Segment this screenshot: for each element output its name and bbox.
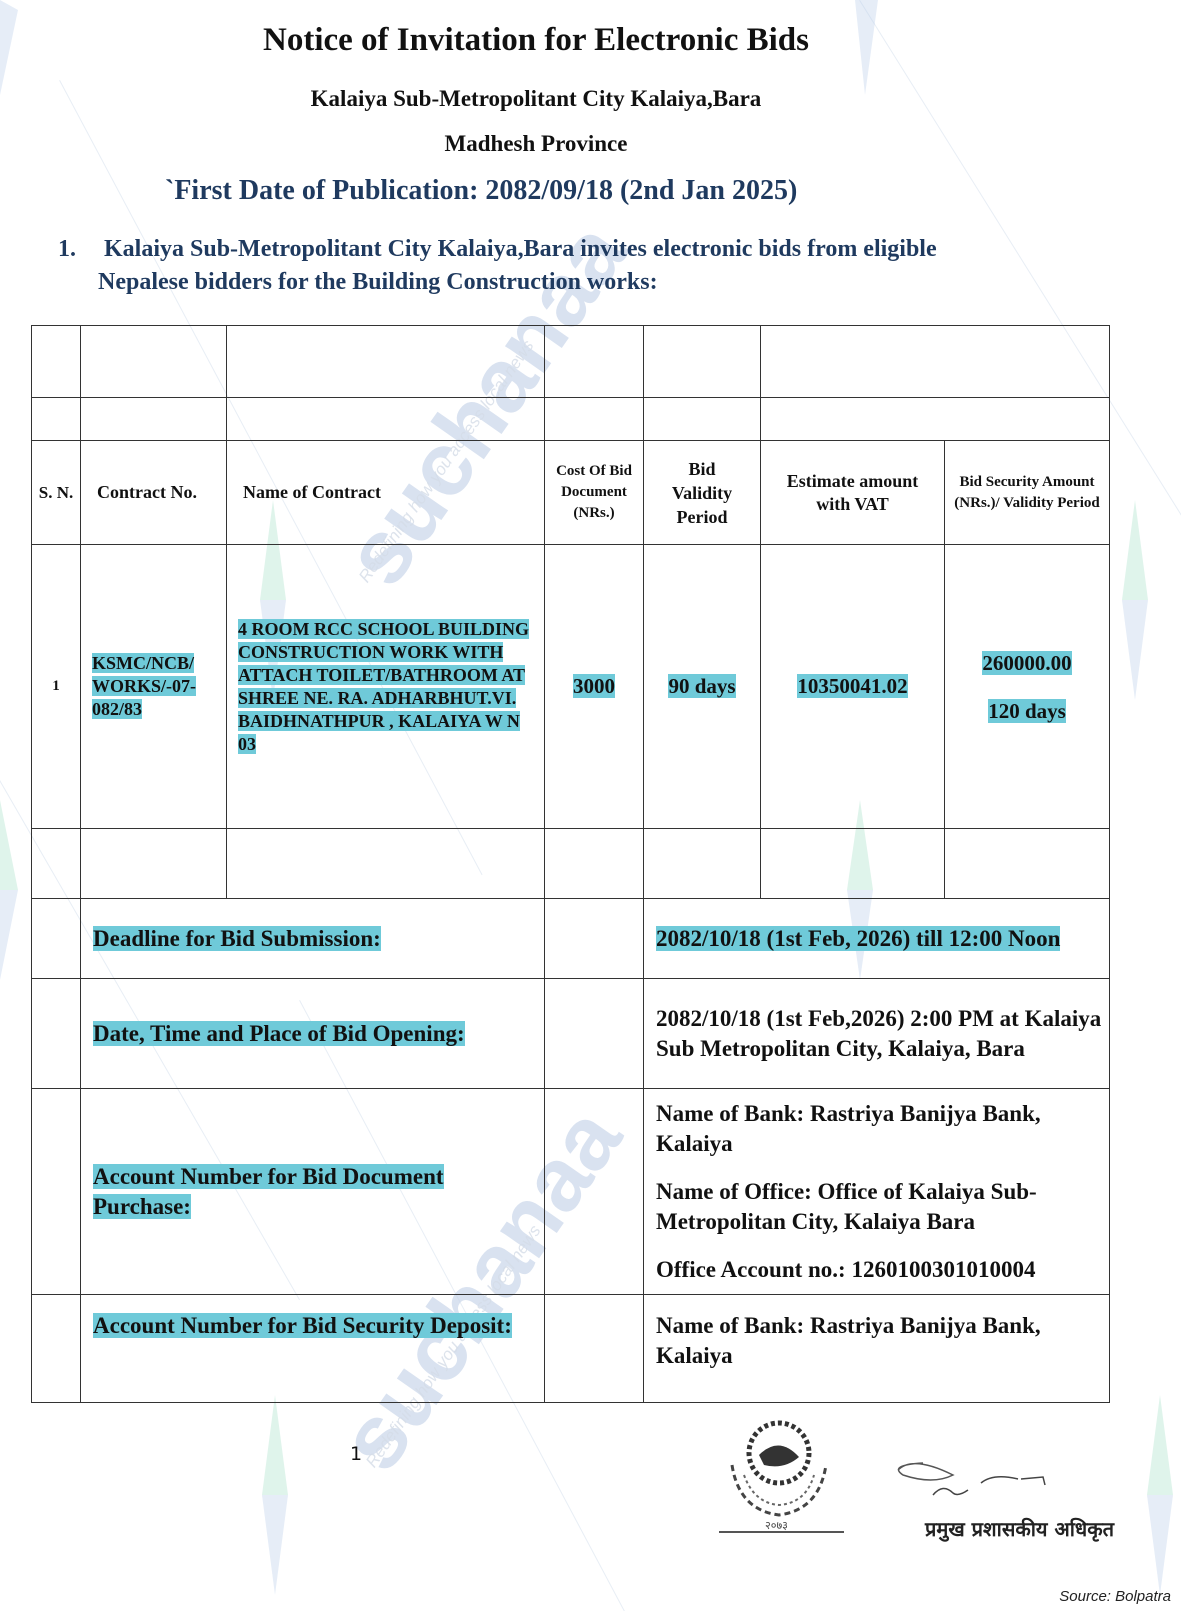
empty-row bbox=[32, 398, 1110, 441]
cell-estimate: 10350041.02 bbox=[797, 674, 907, 698]
official-seal-icon bbox=[714, 1415, 849, 1535]
col-header-doc-cost: Cost Of Bid Document (NRs.) bbox=[545, 441, 644, 545]
cell-security-amount: 260000.00 bbox=[982, 651, 1071, 675]
purchase-office: Name of Office: Office of Kalaiya Sub-Me… bbox=[656, 1177, 1109, 1237]
purchase-account: Office Account no.: 1260100301010004 bbox=[656, 1255, 1109, 1285]
opening-label: Date, Time and Place of Bid Opening: bbox=[93, 1021, 465, 1046]
col-header-contract-no: Contract No. bbox=[81, 441, 227, 545]
col-header-contract-name: Name of Contract bbox=[227, 441, 545, 545]
signatory-title: प्रमुख प्रशासकीय अधिकृत bbox=[925, 1515, 1114, 1542]
purchase-row: Account Number for Bid Document Purchase… bbox=[32, 1089, 1110, 1295]
intro-number: 1. bbox=[58, 232, 76, 266]
empty-row bbox=[32, 829, 1110, 899]
intro-line-1: Kalaiya Sub-Metropolitant City Kalaiya,B… bbox=[104, 232, 937, 266]
cell-validity: 90 days bbox=[668, 674, 735, 698]
arrow-decoration-icon bbox=[0, 800, 20, 980]
deadline-value: 2082/10/18 (1st Feb, 2026) till 12:00 No… bbox=[656, 926, 1060, 951]
purchase-label: Account Number for Bid Document Purchase… bbox=[93, 1164, 444, 1219]
col-header-validity: Bid Validity Period bbox=[644, 441, 761, 545]
table-header-row: S. N. Contract No. Name of Contract Cost… bbox=[32, 441, 1110, 545]
issuer-name: Kalaiya Sub-Metropolitant City Kalaiya,B… bbox=[0, 86, 1072, 112]
seal-year: २०७३ bbox=[765, 1518, 788, 1533]
document-title: Notice of Invitation for Electronic Bids bbox=[0, 22, 1072, 59]
purchase-bank: Name of Bank: Rastriya Banijya Bank, Kal… bbox=[656, 1099, 1109, 1159]
security-label: Account Number for Bid Security Deposit: bbox=[93, 1313, 512, 1338]
arrow-decoration-icon bbox=[1120, 500, 1150, 700]
opening-value: 2082/10/18 (1st Feb,2026) 2:00 PM at Kal… bbox=[644, 979, 1110, 1089]
arrow-decoration-icon bbox=[260, 1395, 290, 1595]
cell-contract-no: KSMC/NCB/ WORKS/-07-082/83 bbox=[92, 653, 196, 719]
intro-line-2: Nepalese bidders for the Building Constr… bbox=[98, 265, 658, 299]
cell-sn: 1 bbox=[32, 545, 81, 829]
cell-security-validity: 120 days bbox=[988, 699, 1066, 723]
cell-contract-name: 4 ROOM RCC SCHOOL BUILDING CONSTRUCTION … bbox=[238, 619, 529, 754]
empty-row bbox=[32, 326, 1110, 398]
deadline-label: Deadline for Bid Submission: bbox=[93, 926, 381, 951]
bids-table: S. N. Contract No. Name of Contract Cost… bbox=[31, 325, 1110, 1403]
security-row: Account Number for Bid Security Deposit:… bbox=[32, 1295, 1110, 1403]
publication-date: `First Date of Publication: 2082/09/18 (… bbox=[165, 175, 797, 207]
col-header-estimate: Estimate amount with VAT bbox=[761, 441, 945, 545]
table-row: 1 KSMC/NCB/ WORKS/-07-082/83 4 ROOM RCC … bbox=[32, 545, 1110, 829]
col-header-security: Bid Security Amount (NRs.)/ Validity Per… bbox=[945, 441, 1110, 545]
opening-row: Date, Time and Place of Bid Opening: 208… bbox=[32, 979, 1110, 1089]
province-name: Madhesh Province bbox=[0, 131, 1072, 157]
cell-doc-cost: 3000 bbox=[573, 674, 615, 698]
col-header-sn: S. N. bbox=[32, 441, 81, 545]
source-credit: Source: Bolpatra bbox=[1059, 1588, 1171, 1605]
page-number: 1 bbox=[350, 1443, 362, 1465]
security-bank: Name of Bank: Rastriya Banijya Bank, Kal… bbox=[644, 1295, 1110, 1403]
deadline-row: Deadline for Bid Submission: 2082/10/18 … bbox=[32, 899, 1110, 979]
